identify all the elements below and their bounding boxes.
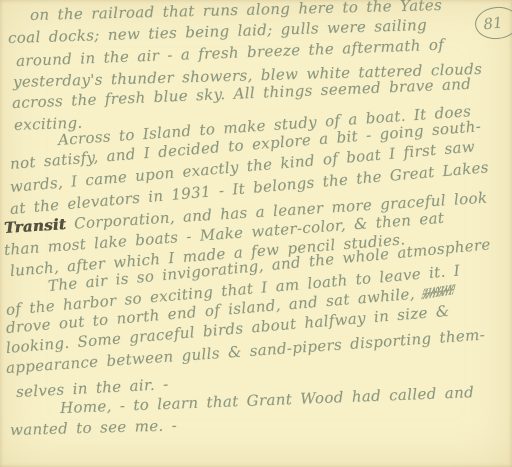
line-text: wanted to see me. - (10, 416, 178, 439)
page-number-circle: 81 (473, 5, 512, 41)
journal-page: 81 on the railroad that runs along here … (0, 0, 512, 467)
overwritten-word: Transit (3, 215, 66, 237)
page-number: 81 (483, 13, 512, 34)
handwritten-line: wanted to see me. - (10, 416, 178, 439)
scribbled-out-word (421, 284, 456, 299)
